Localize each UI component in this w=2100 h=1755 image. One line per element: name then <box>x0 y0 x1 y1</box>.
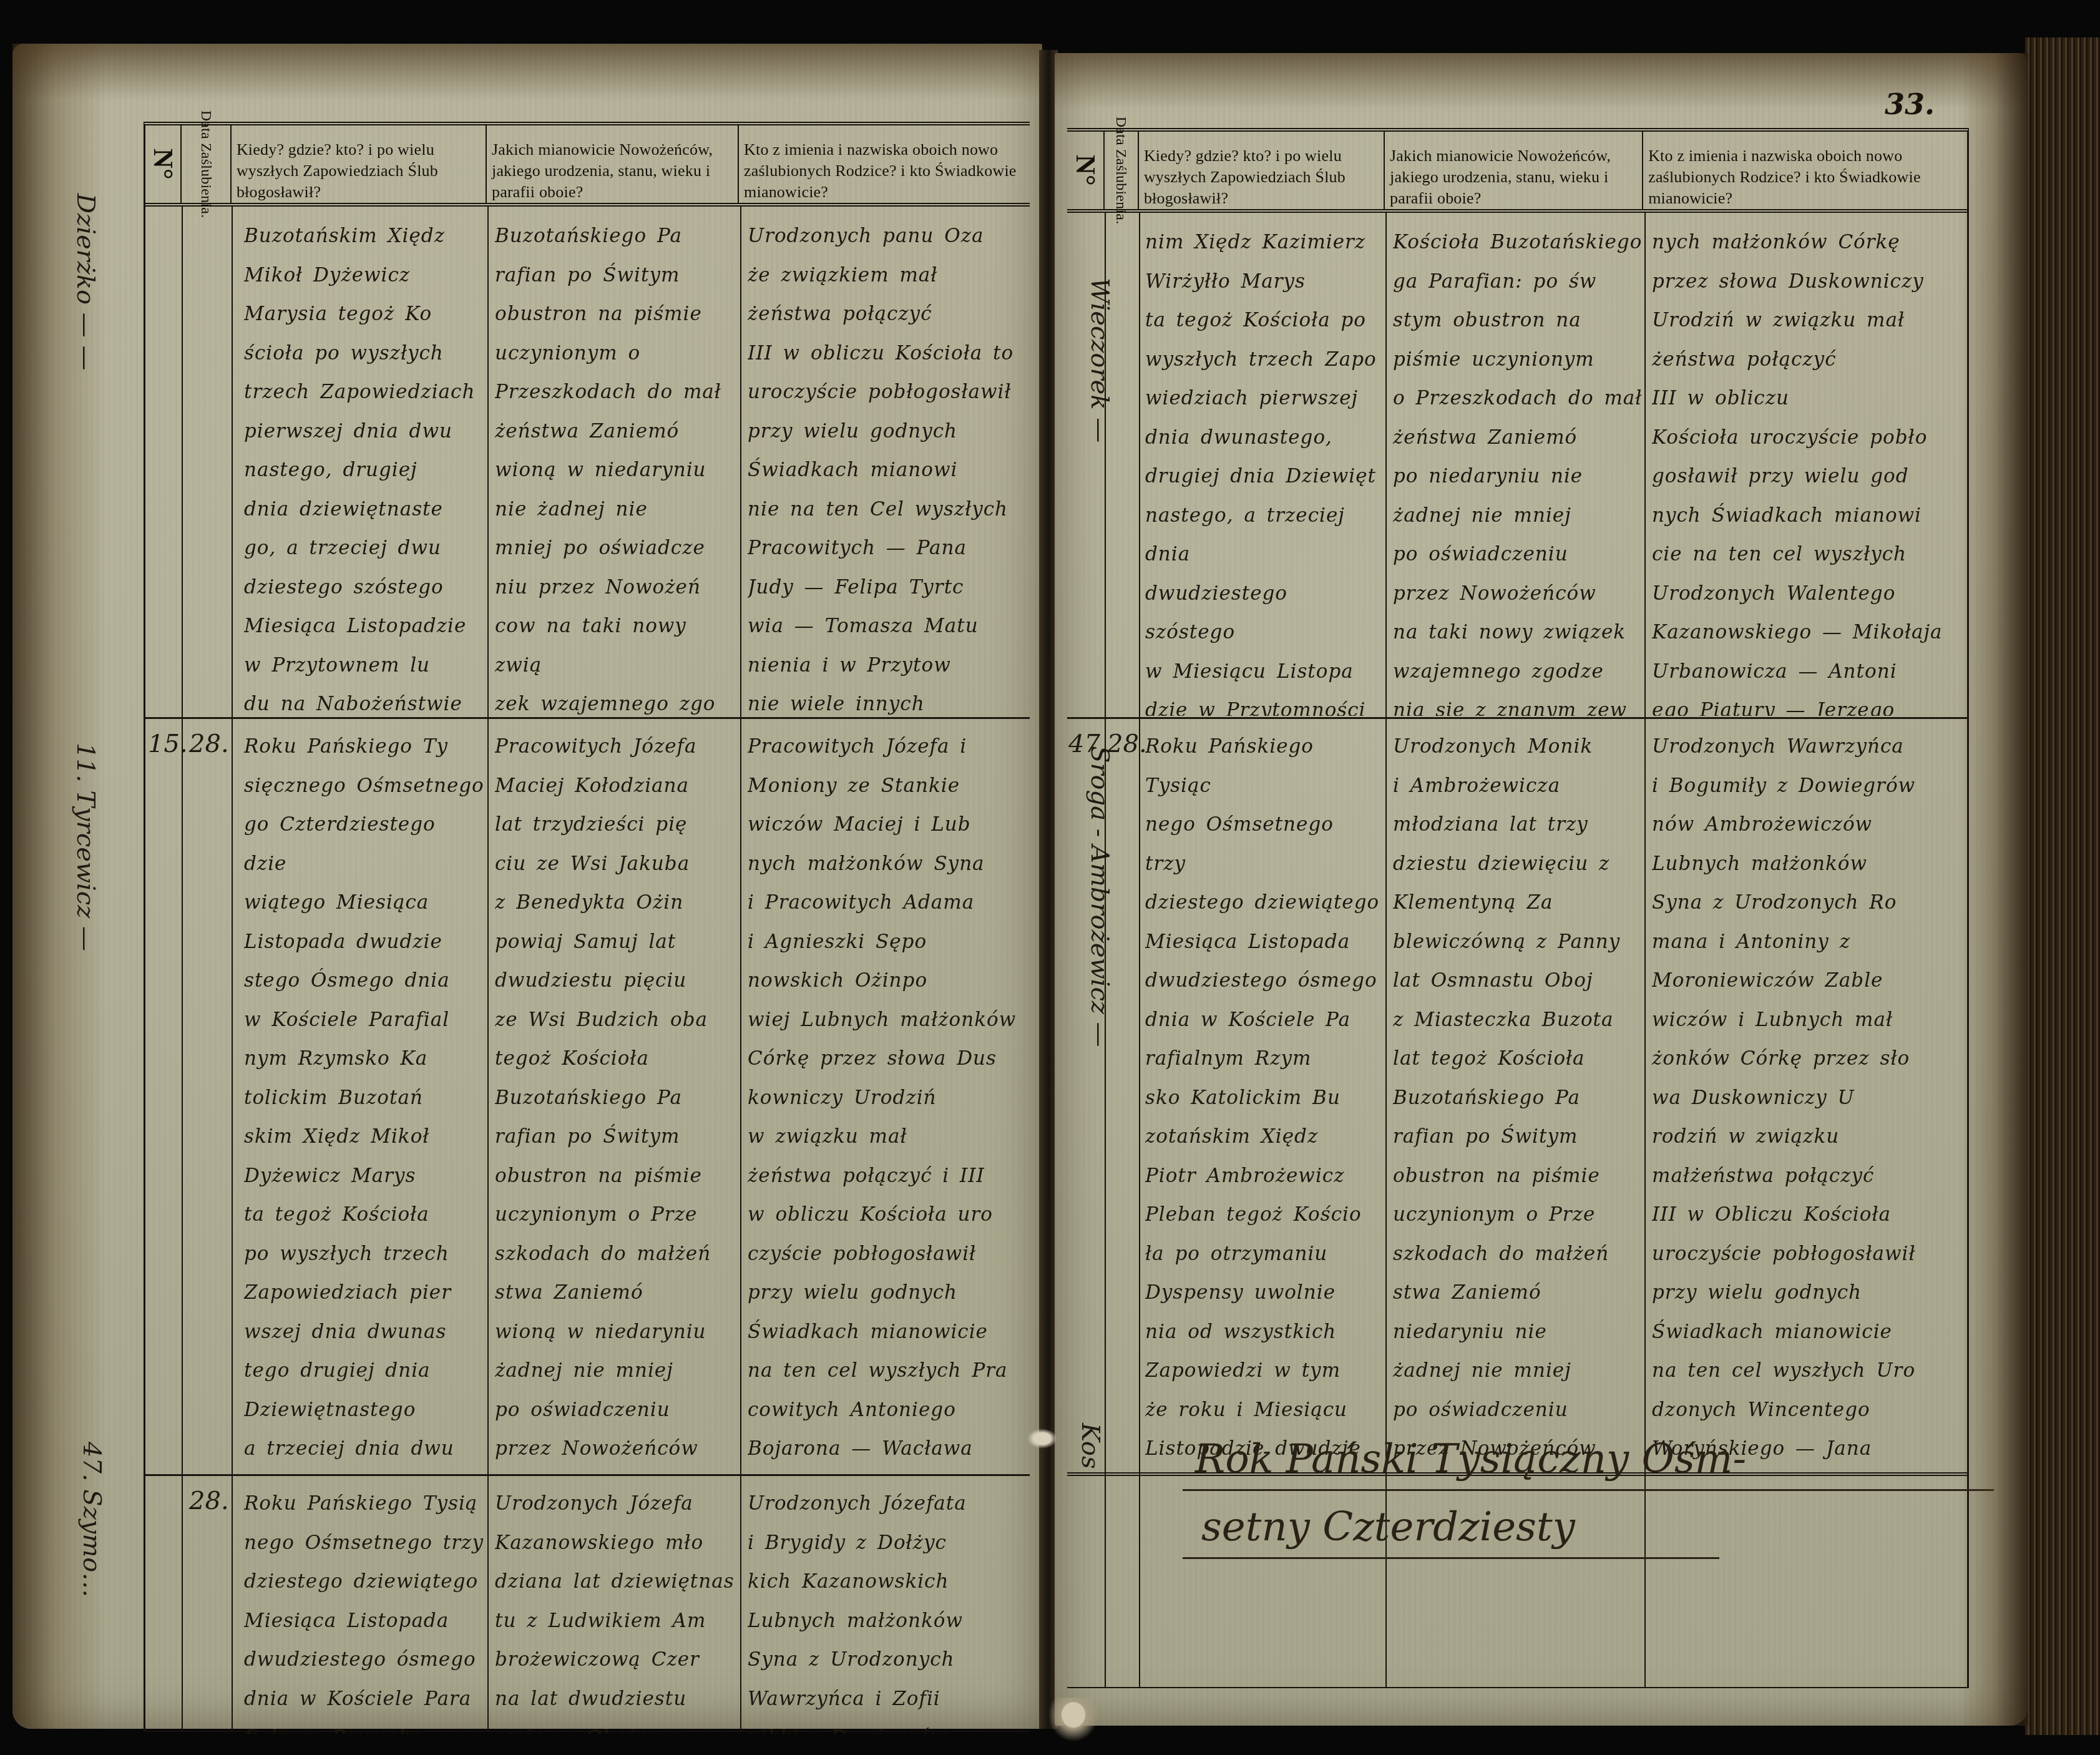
margin-note: 11. Tyrcewicz — <box>71 743 100 951</box>
left-page: Dzierżko — — 11. Tyrcewicz — 47. Szymo… … <box>12 44 1042 1729</box>
entry-number: 47. <box>1068 730 1108 758</box>
register-entry: nim Xiędz Kazimierz Wirżyłło Marys ta te… <box>1067 217 1967 719</box>
entry-date: 28. <box>1107 730 1147 758</box>
year-heading: Rok Pański Tysiączny Ośm- setny Czterdzi… <box>1183 1429 1994 1559</box>
entry-parents-witnesses: Urodzonych Józefata i Brygidy z Dołżyc k… <box>748 1484 1028 1734</box>
entry-spouses: Urodzonych Józefa Kazanowskiego mło dzia… <box>495 1484 738 1734</box>
header-spouses: Jakich mianowicie Nowożeńców, jakiego ur… <box>487 125 739 203</box>
entry-when-where: nim Xiędz Kazimierz Wirżyłło Marys ta te… <box>1145 223 1384 716</box>
header-when-where: Kiedy? gdzie? kto? i po wielu wyszłych Z… <box>1139 132 1385 209</box>
entry-parents-witnesses: nych małżonków Córkę przez słowa Duskown… <box>1652 223 1964 716</box>
header-date: Data Zaślubienia. <box>1105 132 1139 209</box>
register-entry: Buzotańskim Xiędz Mikoł Dyżewicz Marysia… <box>145 210 1030 719</box>
entry-when-where: Buzotańskim Xiędz Mikoł Dyżewicz Marysia… <box>244 217 486 716</box>
top-edge-stain <box>1055 53 2028 109</box>
entry-parents-witnesses: Urodzonych Wawrzyńca i Bogumiły z Dowieg… <box>1652 727 1964 1473</box>
entry-when-where: Roku Pańskiego Tysiąc nego Ośmsetnego tr… <box>1145 727 1384 1473</box>
top-edge-stain <box>12 44 1042 100</box>
entry-date: 28. <box>189 1487 229 1515</box>
binding-thread <box>1036 1698 1111 1755</box>
header-spouses: Jakich mianowicie Nowożeńców, jakiego ur… <box>1385 132 1643 209</box>
register-entry: 47. 28. Roku Pańskiego Tysiąc nego Ośmse… <box>1067 721 1967 1476</box>
header-when-where: Kiedy? gdzie? kto? i po wielu wyszłych Z… <box>232 125 487 203</box>
entry-parents-witnesses: Urodzonych panu Oza że związkiem mał żeń… <box>748 217 1028 716</box>
book-page-edges <box>2025 37 2100 1735</box>
binding-thread-knot <box>1023 1426 1061 1451</box>
entry-number: 15. <box>148 730 188 758</box>
header-number: N° <box>1067 132 1105 209</box>
register-entry: 15. 28. Roku Pańskiego Ty sięcznego Ośms… <box>145 721 1030 1476</box>
entry-parents-witnesses: Pracowitych Józefa i Moniony ze Stankie … <box>748 727 1028 1473</box>
entry-spouses: Kościoła Buzotańskiego ga Parafian: po ś… <box>1393 223 1643 716</box>
entry-spouses: Pracowitych Józefa Maciej Kołodziana lat… <box>495 727 738 1473</box>
header-parents-witnesses: Kto z imienia i nazwiska oboich nowo zaś… <box>739 125 1030 203</box>
entry-spouses: Buzotańskiego Pa rafian po Świtym obustr… <box>495 217 738 716</box>
register-table: N° Data Zaślubienia. Kiedy? gdzie? kto? … <box>144 122 1030 1732</box>
register-entry: 28. Roku Pańskiego Tysią nego Ośmsetnego… <box>145 1478 1030 1734</box>
header-number: N° <box>145 125 182 203</box>
entry-date: 28. <box>189 730 229 758</box>
page-number: 33. <box>1885 87 1935 121</box>
entry-when-where: Roku Pańskiego Ty sięcznego Ośmsetnego g… <box>244 727 486 1473</box>
margin-note: 47. Szymo… <box>77 1442 106 1597</box>
register-spread: Dzierżko — — 11. Tyrcewicz — 47. Szymo… … <box>0 0 2100 1755</box>
year-heading-line: setny Czterdziesty <box>1183 1497 1719 1559</box>
right-page: 33. Wieczorek — Sroga - Ambrożewicz — Ko… <box>1055 53 2028 1726</box>
table-header-row: N° Data Zaślubienia. Kiedy? gdzie? kto? … <box>145 125 1030 207</box>
header-parents-witnesses: Kto z imienia i nazwiska oboich nowo zaś… <box>1643 132 1967 209</box>
year-heading-line: Rok Pański Tysiączny Ośm- <box>1183 1429 1994 1491</box>
header-date: Data Zaślubienia. <box>182 125 232 203</box>
margin-note: Dzierżko — — <box>71 193 100 371</box>
entry-when-where: Roku Pańskiego Tysią nego Ośmsetnego trz… <box>244 1484 486 1734</box>
table-header-row: N° Data Zaślubienia. Kiedy? gdzie? kto? … <box>1067 132 1967 213</box>
entry-spouses: Urodzonych Monik i Ambrożewicza młodzian… <box>1393 727 1643 1473</box>
